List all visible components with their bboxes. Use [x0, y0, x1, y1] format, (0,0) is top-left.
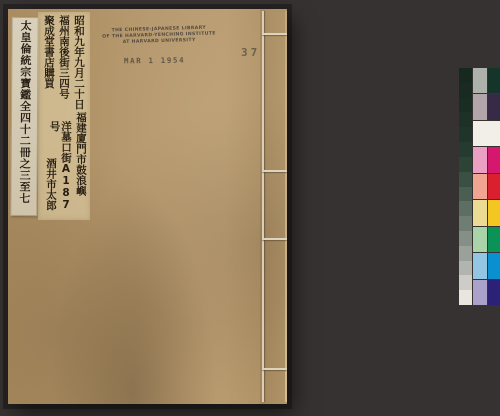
- tint-patch: [473, 253, 487, 278]
- binding-thread-vertical: [262, 11, 264, 402]
- patch-row: [473, 200, 500, 225]
- grayscale-step: [459, 275, 472, 290]
- tint-patch: [473, 174, 487, 199]
- grayscale-step: [459, 216, 472, 231]
- patch-row: [473, 94, 500, 119]
- spine-fold-band: [260, 9, 287, 404]
- owner-street: 洋墓口街A187号: [56, 121, 71, 218]
- inscription-slip: 昭和九年九月二十日 福州南後街三四号 聚成堂書店購買 福建廈門市鼓浪嶼 洋墓口街…: [38, 12, 90, 220]
- owner-inscription: 福建廈門市鼓浪嶼 洋墓口街A187号 酒井市太郎: [41, 112, 86, 218]
- tint-patch: [473, 94, 487, 119]
- inscription-date: 昭和九年九月二十日: [69, 15, 84, 110]
- patch-row: [473, 68, 500, 93]
- patch-row: [473, 280, 500, 305]
- binding-stitch: [262, 170, 287, 172]
- owner-name: 酒井市太郎: [41, 158, 56, 211]
- photo-stage: 太皇倫統宗寶鑑全四十二冊之三至七 昭和九年九月二十日 福州南後街三四号 聚成堂書…: [0, 0, 500, 416]
- grayscale-step: [459, 83, 472, 98]
- tint-patch: [473, 227, 487, 252]
- grayscale-step: [459, 231, 472, 246]
- solid-patch: [488, 227, 500, 252]
- grayscale-strip: [459, 68, 472, 305]
- grayscale-step: [459, 172, 472, 187]
- binding-stitch: [262, 33, 287, 35]
- tint-patch: [473, 147, 487, 172]
- binding-stitch: [262, 238, 287, 240]
- color-calibration-target: [459, 68, 500, 305]
- purchase-inscription: 昭和九年九月二十日 福州南後街三四号 聚成堂書店購買: [39, 15, 84, 127]
- page-edge-highlight: [285, 11, 287, 402]
- grayscale-step: [459, 201, 472, 216]
- patch-row: [473, 147, 500, 172]
- owner-region: 福建廈門市鼓浪嶼: [71, 112, 86, 196]
- inscription-shop-name: 聚成堂書店購買: [39, 15, 54, 89]
- tint-patch: [473, 68, 487, 93]
- grayscale-step: [459, 68, 472, 83]
- grayscale-step: [459, 157, 472, 172]
- solid-patch: [488, 147, 500, 172]
- grayscale-step: [459, 98, 472, 113]
- library-stamp: THE CHINESE-JAPANESE LIBRARY OF THE HARV…: [100, 25, 218, 47]
- grayscale-step: [459, 187, 472, 202]
- grayscale-step: [459, 290, 472, 305]
- title-text: 太皇倫統宗寶鑑全四十二冊之三至七: [18, 17, 31, 216]
- binding-stitch: [262, 368, 287, 370]
- grayscale-step: [459, 127, 472, 142]
- grayscale-step: [459, 246, 472, 261]
- solid-patch: [488, 174, 500, 199]
- solid-patch: [488, 253, 500, 278]
- solid-patch: [488, 280, 500, 305]
- copy-number-stamp: 37: [241, 46, 260, 59]
- patch-row: [473, 253, 500, 278]
- solid-patch: [488, 68, 500, 93]
- tint-patch: [473, 280, 487, 305]
- white-patch: [473, 121, 500, 146]
- patch-rows: [473, 68, 500, 305]
- grayscale-step: [459, 261, 472, 276]
- title-label: 太皇倫統宗寶鑑全四十二冊之三至七: [10, 17, 38, 216]
- accession-date-stamp: MAR 1 1954: [124, 56, 185, 66]
- patch-row: [473, 174, 500, 199]
- tint-patch: [473, 200, 487, 225]
- patch-row: [473, 227, 500, 252]
- book-cover: 太皇倫統宗寶鑑全四十二冊之三至七 昭和九年九月二十日 福州南後街三四号 聚成堂書…: [8, 9, 287, 404]
- inscription-shop-address: 福州南後街三四号: [54, 15, 69, 99]
- patch-row: [473, 121, 500, 146]
- solid-patch: [488, 200, 500, 225]
- grayscale-step: [459, 142, 472, 157]
- grayscale-step: [459, 112, 472, 127]
- solid-patch: [488, 94, 500, 119]
